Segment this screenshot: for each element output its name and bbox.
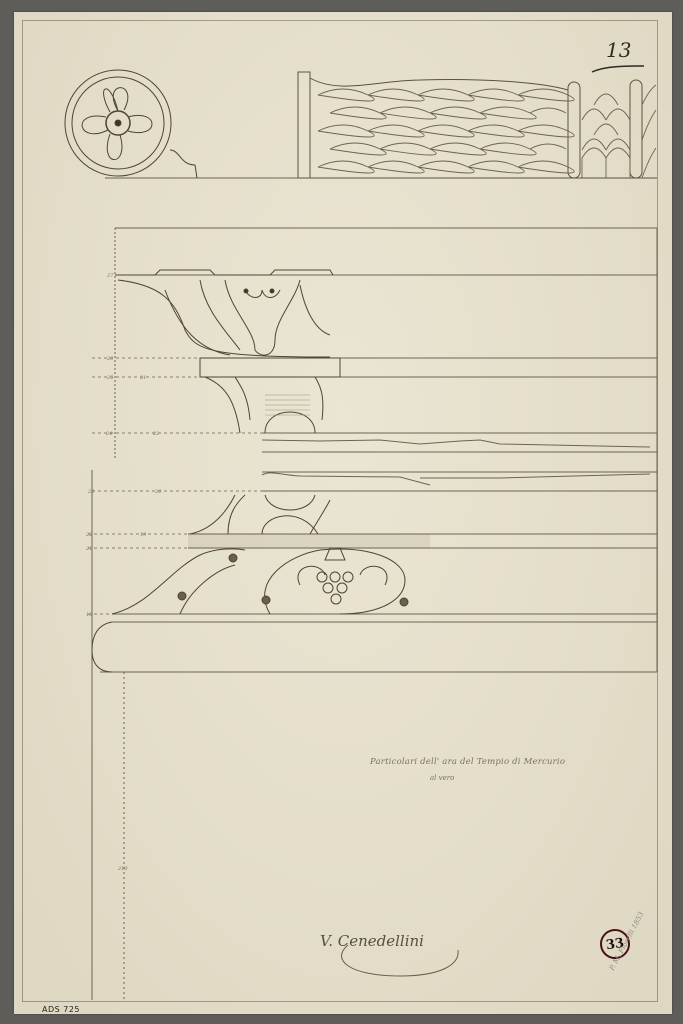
cornice-profile — [115, 270, 333, 357]
svg-text:24: 24 — [105, 431, 112, 437]
inventory-number: ADS 725 — [42, 1005, 80, 1014]
svg-text:25: 25 — [106, 375, 113, 381]
page-number: 13 — [606, 38, 631, 62]
svg-text:19: 19 — [140, 532, 147, 538]
scroll-frieze — [112, 534, 430, 614]
svg-text:18: 18 — [86, 612, 92, 618]
svg-text:20: 20 — [154, 489, 162, 495]
signature-flourish — [330, 940, 470, 980]
scale-pattern-frieze — [298, 72, 657, 178]
leaf-detail — [190, 495, 330, 534]
drawing-caption-scale: al vero — [430, 774, 454, 782]
capital-profile — [200, 358, 340, 433]
svg-text:210: 210 — [117, 866, 128, 872]
svg-text:27: 27 — [106, 273, 114, 279]
svg-text:22: 22 — [85, 532, 92, 538]
page-number-underline — [590, 62, 646, 74]
drawing-caption: Particolari dell' ara del Tempio di Merc… — [370, 757, 565, 767]
svg-text:22: 22 — [152, 431, 159, 437]
architectural-drawing: 27 26 25 21 24 22 23 20 22 19 21 18 210 — [0, 0, 683, 1024]
torus-base — [92, 622, 112, 672]
svg-text:26: 26 — [106, 356, 114, 362]
svg-text:23: 23 — [87, 489, 94, 495]
rosette-detail — [65, 70, 197, 178]
svg-text:21: 21 — [139, 375, 146, 381]
svg-text:21: 21 — [85, 546, 92, 552]
